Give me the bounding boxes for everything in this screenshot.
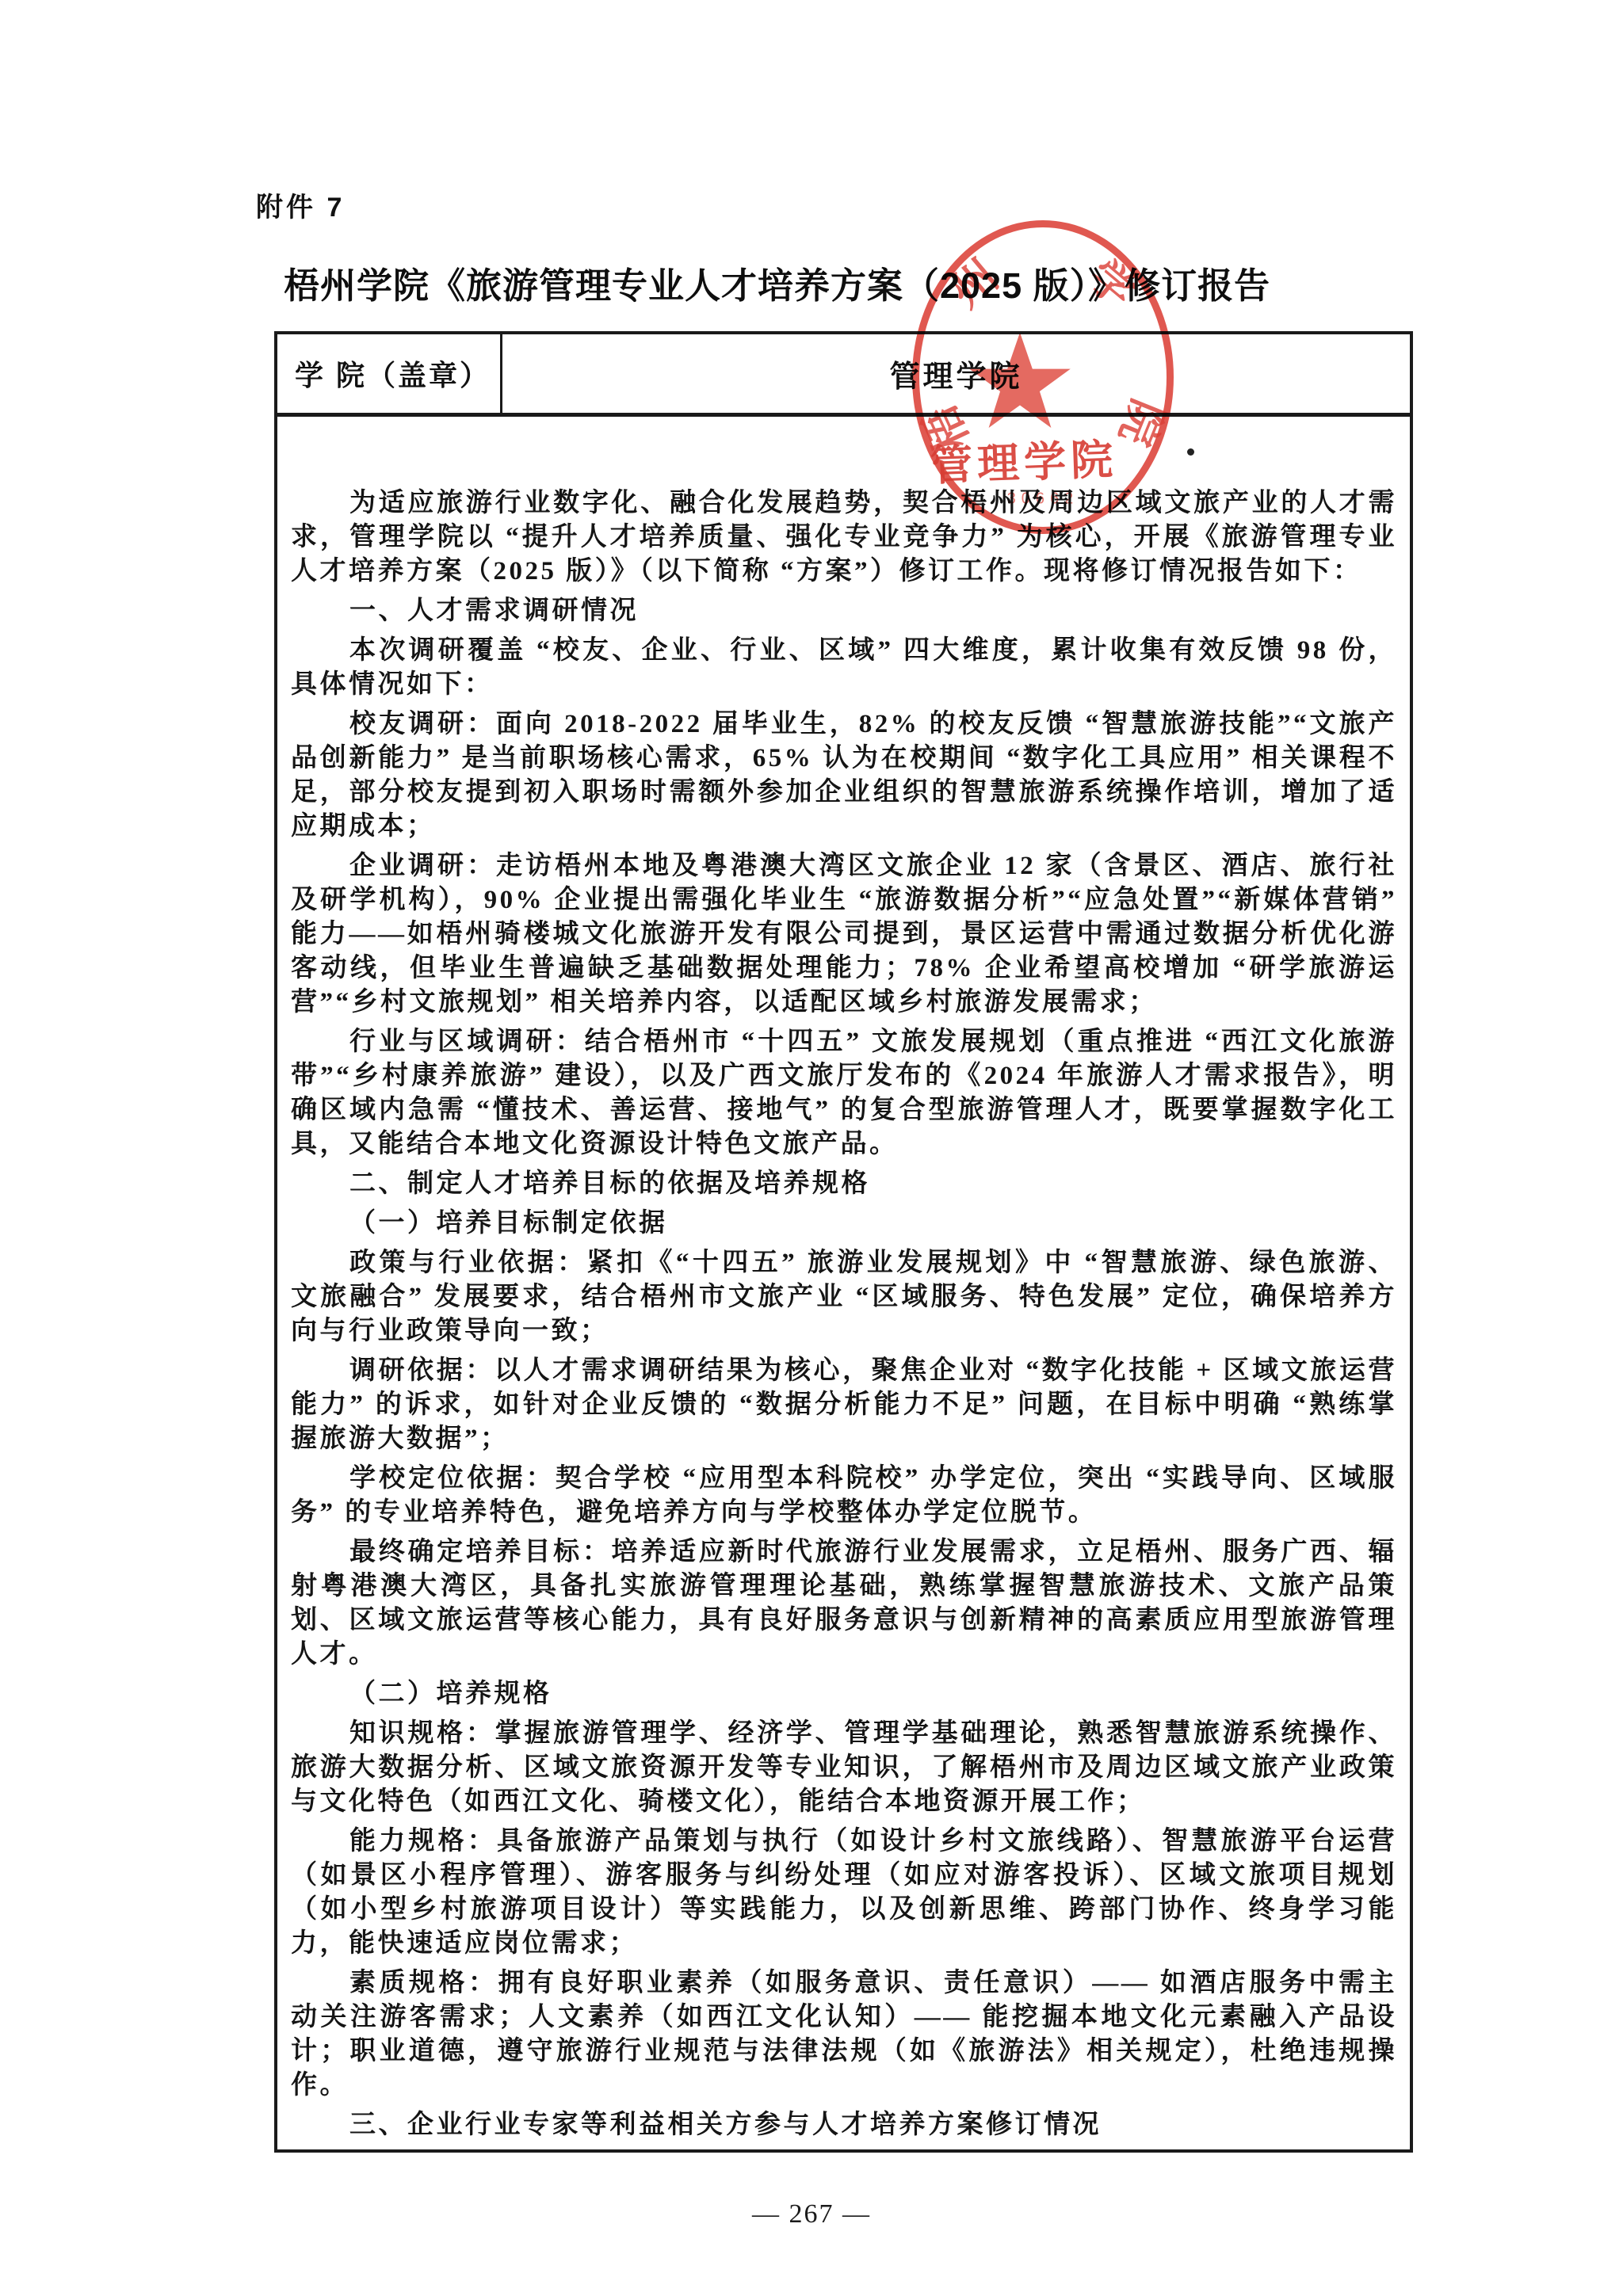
ink-speck [1187, 448, 1194, 456]
body-heading: 一、人才需求调研情况 [291, 594, 1397, 628]
body-heading: （一）培养目标制定依据 [291, 1207, 1397, 1241]
table-header-row: 学 院（盖章） 管理学院 [277, 334, 1410, 417]
body-paragraph: 学校定位依据：契合学校 “应用型本科院校” 办学定位，突出 “实践导向、区域服务… [291, 1462, 1397, 1530]
body-paragraph: 政策与行业依据：紧扣《“十四五” 旅游业发展规划》中 “智慧旅游、绿色旅游、文旅… [291, 1246, 1397, 1348]
body-heading: 三、企业行业专家等利益相关方参与人才培养方案修订情况 [291, 2108, 1397, 2142]
doc-title: 梧州学院《旅游管理专业人才培养方案（2025 版）》修订报告 [284, 257, 1270, 308]
seal-cell-label: 学 院（盖章） [277, 334, 502, 413]
report-body: 为适应旅游行业数字化、融合化发展趋势，契合梧州及周边区域文旅产业的人才需求，管理… [277, 417, 1410, 2149]
body-paragraph: 行业与区域调研：结合梧州市 “十四五” 文旅发展规划（重点推进 “西江文化旅游带… [291, 1025, 1397, 1161]
attachment-label: 附件 7 [256, 185, 345, 224]
body-paragraph: 校友调研：面向 2018-2022 届毕业生，82% 的校友反馈 “智慧旅游技能… [291, 707, 1397, 844]
body-paragraph: 素质规格：拥有良好职业素养（如服务意识、责任意识）—— 如酒店服务中需主动关注游… [291, 1966, 1397, 2103]
body-heading: 二、制定人才培养目标的依据及培养规格 [291, 1167, 1397, 1201]
body-paragraph: 为适应旅游行业数字化、融合化发展趋势，契合梧州及周边区域文旅产业的人才需求，管理… [291, 486, 1397, 589]
college-name: 管理学院 [502, 334, 1410, 413]
body-paragraph: 本次调研覆盖 “校友、企业、行业、区域” 四大维度，累计收集有效反馈 98 份，… [291, 634, 1397, 702]
body-paragraph: 调研依据：以人才需求调研结果为核心，聚焦企业对 “数字化技能 + 区域文旅运营能… [291, 1354, 1397, 1456]
body-heading: （二）培养规格 [291, 1677, 1397, 1711]
page-number: — 267 — [0, 2199, 1623, 2229]
document-page: 附件 7 梧州学院《旅游管理专业人才培养方案（2025 版）》修订报告 学 院（… [0, 0, 1623, 2296]
report-table: 学 院（盖章） 管理学院 为适应旅游行业数字化、融合化发展趋势，契合梧州及周边区… [274, 331, 1413, 2153]
body-paragraph: 最终确定培养目标：培养适应新时代旅游行业发展需求，立足梧州、服务广西、辐射粤港澳… [291, 1535, 1397, 1672]
body-paragraph: 企业调研：走访梧州本地及粤港澳大湾区文旅企业 12 家（含景区、酒店、旅行社及研… [291, 849, 1397, 1020]
body-paragraph: 知识规格：掌握旅游管理学、经济学、管理学基础理论，熟悉智慧旅游系统操作、旅游大数… [291, 1717, 1397, 1819]
body-paragraph: 能力规格：具备旅游产品策划与执行（如设计乡村文旅线路）、智慧旅游平台运营（如景区… [291, 1825, 1397, 1961]
